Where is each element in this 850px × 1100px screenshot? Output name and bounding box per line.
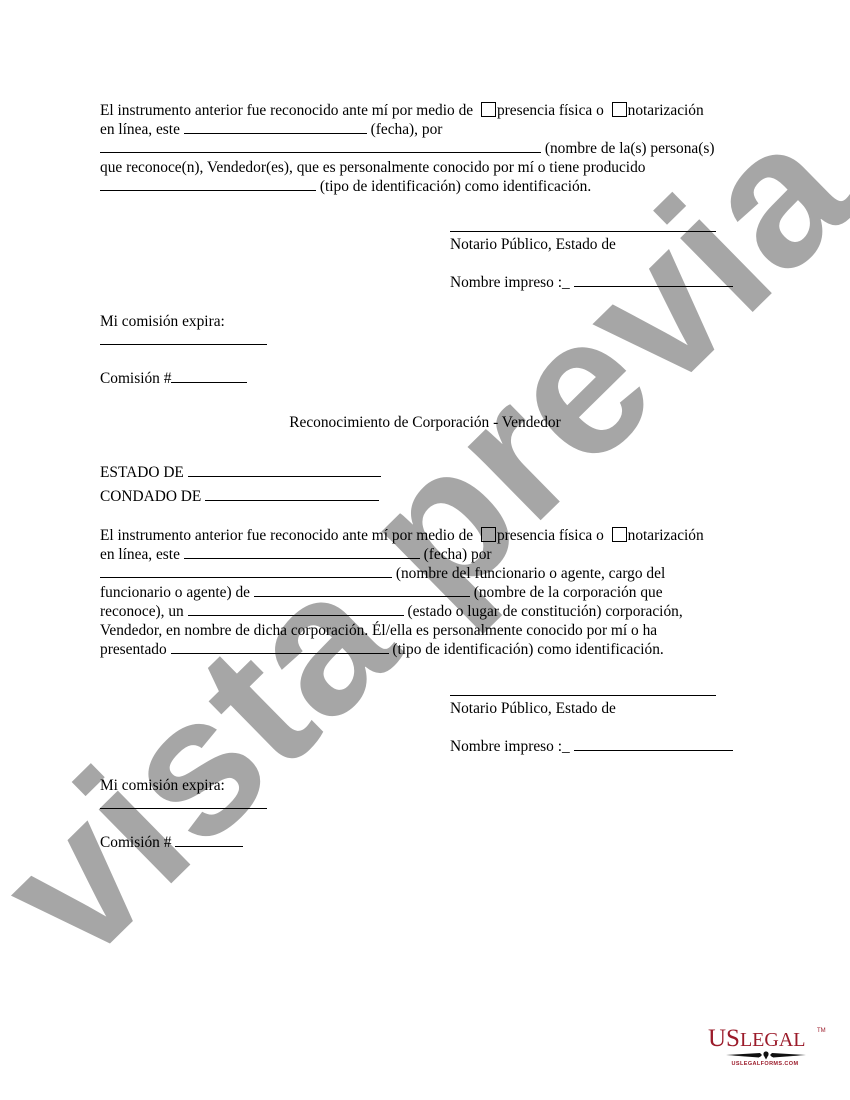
s2-state-line: ESTADO DE bbox=[100, 463, 381, 482]
s2-para-line-1: El instrumento anterior fue reconocido a… bbox=[100, 526, 704, 545]
document-page: vista previa El instrumento anterior fue… bbox=[0, 0, 850, 1100]
s1-para-line-2: en línea, este (fecha), por bbox=[100, 120, 442, 139]
s1-printed-name-label: Nombre impreso :_ bbox=[450, 274, 574, 291]
s1-para-line-3: (nombre de la(s) persona(s) bbox=[100, 139, 715, 158]
s2-notary-signature-field[interactable] bbox=[450, 682, 716, 696]
s1-para-line-5: (tipo de identificación) como identifica… bbox=[100, 177, 591, 196]
s2-printed-name: Nombre impreso :_ bbox=[450, 737, 733, 756]
s2-incorporation-state-field[interactable] bbox=[188, 602, 404, 616]
s2-date-field[interactable] bbox=[184, 545, 420, 559]
s2-notary-title: Notario Público, Estado de bbox=[450, 699, 616, 718]
s1-online-notarization-checkbox[interactable] bbox=[612, 102, 627, 117]
s2-text: (nombre del funcionario o agente, cargo … bbox=[392, 565, 665, 582]
s2-printed-name-label: Nombre impreso :_ bbox=[450, 738, 574, 755]
s1-commission-number: Comisión # bbox=[100, 369, 247, 388]
s2-id-type-field[interactable] bbox=[171, 640, 389, 654]
s1-notary-signature-field[interactable] bbox=[450, 218, 716, 232]
s2-commission-number: Comisión # bbox=[100, 833, 243, 852]
s2-text: (nombre de la corporación que bbox=[470, 584, 663, 601]
s2-section-title: Reconocimiento de Corporación - Vendedor bbox=[0, 413, 850, 432]
s2-commission-expires-label: Mi comisión expira: bbox=[100, 776, 225, 795]
s1-para-line-1: El instrumento anterior fue reconocido a… bbox=[100, 101, 704, 120]
s2-printed-name-field[interactable] bbox=[574, 737, 733, 751]
s2-state-label: ESTADO DE bbox=[100, 464, 188, 481]
s1-commission-number-label: Comisión # bbox=[100, 370, 171, 387]
s1-person-name-field[interactable] bbox=[100, 139, 541, 153]
s2-para-line-7: presentado (tipo de identificación) como… bbox=[100, 640, 664, 659]
s2-commission-number-field[interactable] bbox=[175, 833, 243, 847]
logo-legal: LEGAL bbox=[740, 1029, 806, 1051]
s1-printed-name: Nombre impreso :_ bbox=[450, 273, 733, 292]
s2-county-field[interactable] bbox=[205, 487, 379, 501]
s1-online-notarization-label: notarización bbox=[628, 102, 704, 119]
s2-text: (estado o lugar de constitución) corpora… bbox=[404, 603, 683, 620]
s1-text: (nombre de la(s) persona(s) bbox=[541, 140, 715, 157]
s2-online-notarization-label: notarización bbox=[628, 527, 704, 544]
s2-state-field[interactable] bbox=[188, 463, 381, 477]
s1-date-field[interactable] bbox=[184, 120, 367, 134]
s2-commission-expires-line bbox=[100, 795, 267, 814]
s1-notary-title: Notario Público, Estado de bbox=[450, 235, 616, 254]
eagle-wings-icon bbox=[726, 1050, 806, 1060]
s2-para-line-2: en línea, este (fecha) por bbox=[100, 545, 492, 564]
s2-para-line-6: Vendedor, en nombre de dicha corporación… bbox=[100, 621, 657, 640]
s1-para-text: El instrumento anterior fue reconocido a… bbox=[100, 102, 477, 119]
s2-text: presentado bbox=[100, 641, 171, 658]
logo-us: US bbox=[708, 1025, 740, 1052]
logo-trademark: TM bbox=[817, 1028, 826, 1034]
s1-commission-expires-line bbox=[100, 331, 267, 350]
s2-para-line-5: reconoce), un (estado o lugar de constit… bbox=[100, 602, 683, 621]
s1-commission-expires-field[interactable] bbox=[100, 331, 267, 345]
s2-officer-name-field[interactable] bbox=[100, 564, 392, 578]
logo-url: USLEGALFORMS.COM bbox=[706, 1061, 824, 1067]
s1-text: (tipo de identificación) como identifica… bbox=[316, 178, 591, 195]
document-content: El instrumento anterior fue reconocido a… bbox=[0, 0, 850, 1100]
s2-text: El instrumento anterior fue reconocido a… bbox=[100, 527, 477, 544]
uslegal-logo: USLEGAL TM USLEGALFORMS.COM bbox=[706, 1026, 824, 1070]
s1-commission-number-field[interactable] bbox=[171, 369, 247, 383]
s2-corporation-name-field[interactable] bbox=[254, 583, 470, 597]
s1-text: (fecha), por bbox=[367, 121, 443, 138]
s2-para-line-4: funcionario o agente) de (nombre de la c… bbox=[100, 583, 663, 602]
s2-physical-presence-label: presencia física o bbox=[497, 527, 608, 544]
s1-id-type-field[interactable] bbox=[100, 177, 316, 191]
s1-commission-expires-label: Mi comisión expira: bbox=[100, 312, 225, 331]
s1-printed-name-field[interactable] bbox=[574, 273, 733, 287]
s2-text: en línea, este bbox=[100, 546, 184, 563]
s2-online-notarization-checkbox[interactable] bbox=[612, 527, 627, 542]
s2-commission-expires-field[interactable] bbox=[100, 795, 267, 809]
s2-county-line: CONDADO DE bbox=[100, 487, 379, 506]
s2-physical-presence-checkbox[interactable] bbox=[481, 527, 496, 542]
s2-text: (tipo de identificación) como identifica… bbox=[389, 641, 664, 658]
s2-commission-number-label: Comisión # bbox=[100, 834, 175, 851]
s2-text: reconoce), un bbox=[100, 603, 188, 620]
s2-text: funcionario o agente) de bbox=[100, 584, 254, 601]
s2-text: (fecha) por bbox=[420, 546, 492, 563]
logo-wordmark: USLEGAL bbox=[708, 1026, 806, 1053]
s1-physical-presence-label: presencia física o bbox=[497, 102, 608, 119]
s2-para-line-3: (nombre del funcionario o agente, cargo … bbox=[100, 564, 665, 583]
s1-physical-presence-checkbox[interactable] bbox=[481, 102, 496, 117]
s1-text: en línea, este bbox=[100, 121, 184, 138]
s1-para-line-4: que reconoce(n), Vendedor(es), que es pe… bbox=[100, 158, 645, 177]
s2-county-label: CONDADO DE bbox=[100, 488, 205, 505]
